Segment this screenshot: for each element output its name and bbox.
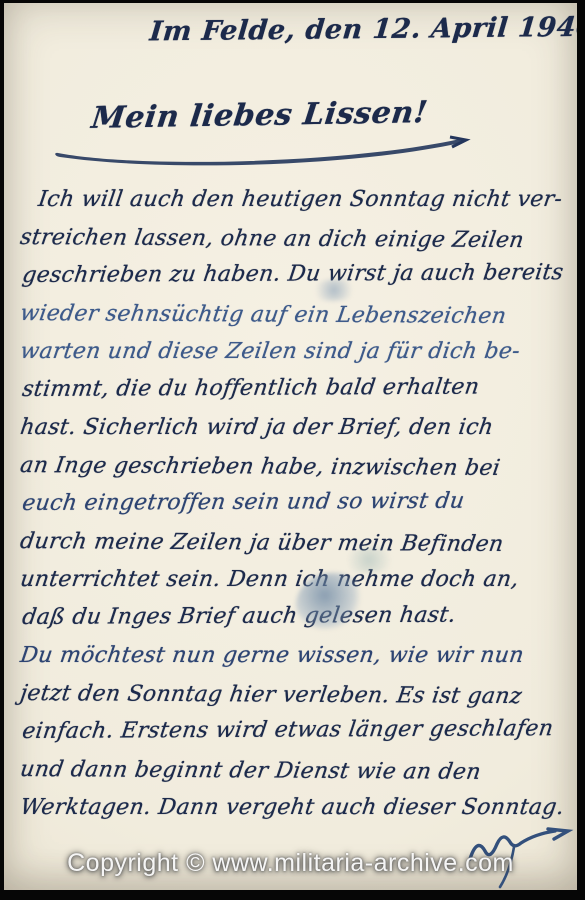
handwritten-line: wieder sehnsüchtig auf ein Lebenszeichen bbox=[17, 297, 577, 338]
handwritten-line: hast. Sicherlich wird ja der Brief, den … bbox=[17, 411, 577, 449]
handwritten-line: warten und diese Zeilen sind ja für dich… bbox=[17, 335, 577, 373]
letter-body: Ich will auch den heutigen Sonntag nicht… bbox=[20, 183, 576, 829]
letter-photo: Im Felde, den 12. April 1940. Mein liebe… bbox=[0, 0, 585, 900]
handwritten-line: geschrieben zu haben. Du wirst ja auch b… bbox=[19, 256, 577, 297]
watermark: Copyright © www.militaria-archive.com bbox=[4, 849, 577, 878]
handwritten-line: und dann beginnt der Dienst wie an den bbox=[17, 753, 577, 794]
letter-page: Im Felde, den 12. April 1940. Mein liebe… bbox=[4, 3, 577, 890]
handwritten-line: Ich will auch den heutigen Sonntag nicht… bbox=[17, 183, 577, 221]
handwritten-line: euch eingetroffen sein und so wirst du bbox=[19, 484, 577, 525]
handwritten-line: stimmt, die du hoffentlich bald erhalten bbox=[19, 370, 577, 411]
handwritten-line: einfach. Erstens wird etwas länger gesch… bbox=[19, 712, 577, 753]
salutation-underline-flourish bbox=[52, 129, 472, 171]
handwritten-line: durch meine Zeilen ja über mein Befinden bbox=[17, 525, 577, 566]
handwritten-line: Du möchtest nun gerne wissen, wie wir nu… bbox=[17, 639, 577, 677]
dateline: Im Felde, den 12. April 1940. bbox=[148, 12, 577, 48]
